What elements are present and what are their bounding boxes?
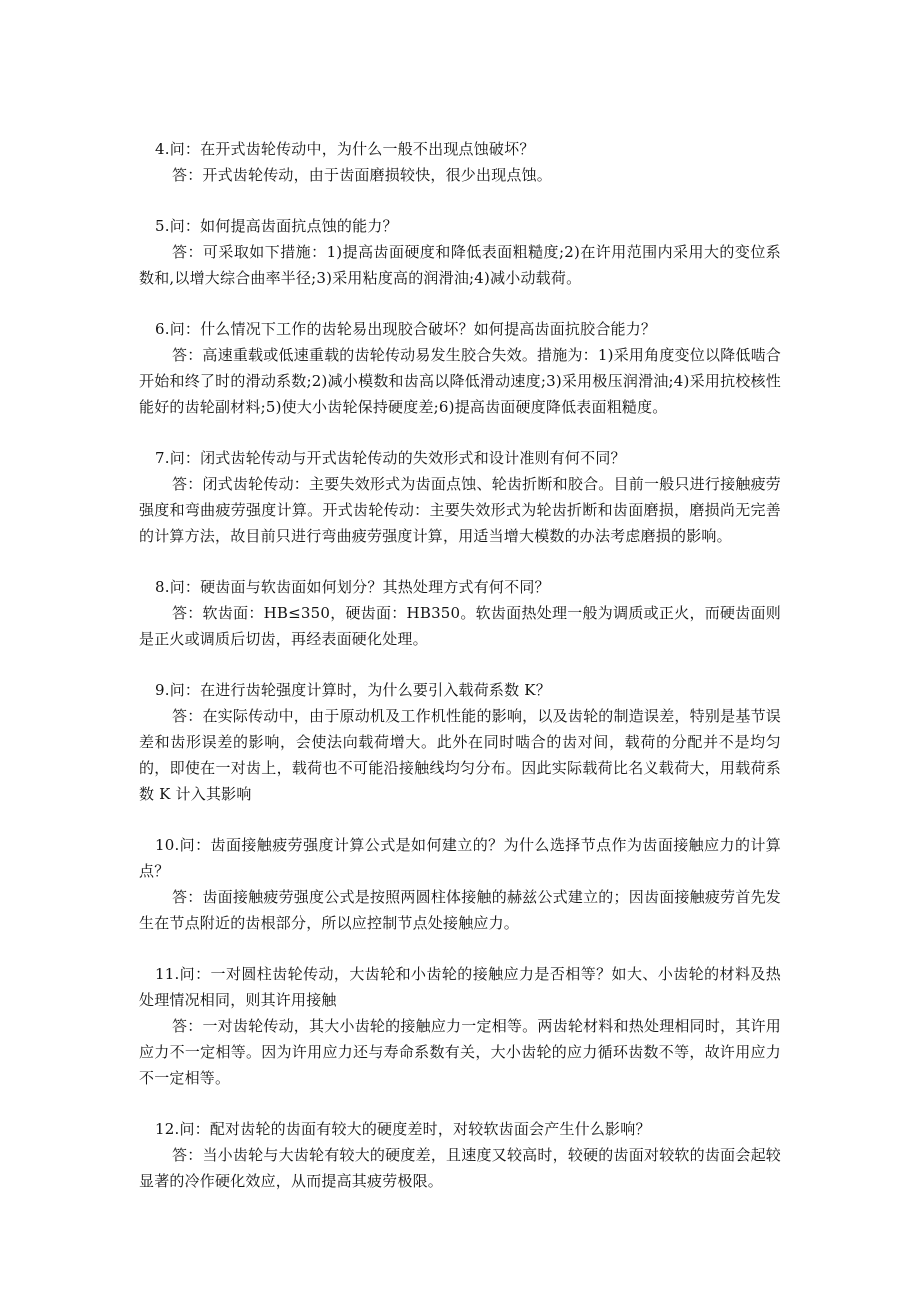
qa-item-9: 9.问：在进行齿轮强度计算时，为什么要引入载荷系数 K？ 答：在实际传动中，由于… <box>139 677 781 807</box>
question-text: 11.问：一对圆柱齿轮传动，大齿轮和小齿轮的接触应力是否相等？如大、小齿轮的材料… <box>139 961 781 1013</box>
document-page: 4.问：在开式齿轮传动中，为什么一般不出现点蚀破坏？ 答：开式齿轮传动，由于齿面… <box>139 136 781 1219</box>
qa-item-11: 11.问：一对圆柱齿轮传动，大齿轮和小齿轮的接触应力是否相等？如大、小齿轮的材料… <box>139 961 781 1091</box>
answer-text: 答：当小齿轮与大齿轮有较大的硬度差，且速度又较高时，较硬的齿面对较软的齿面会起较… <box>139 1142 781 1194</box>
answer-text: 答：在实际传动中，由于原动机及工作机性能的影响，以及齿轮的制造误差，特别是基节误… <box>139 703 781 807</box>
question-text: 8.问：硬齿面与软齿面如何划分？其热处理方式有何不同？ <box>139 574 781 600</box>
question-text: 4.问：在开式齿轮传动中，为什么一般不出现点蚀破坏？ <box>139 136 781 162</box>
answer-text: 答：齿面接触疲劳强度公式是按照两圆柱体接触的赫兹公式建立的；因齿面接触疲劳首先发… <box>139 884 781 936</box>
qa-item-5: 5.问：如何提高齿面抗点蚀的能力？ 答：可采取如下措施：1)提高齿面硬度和降低表… <box>139 213 781 291</box>
qa-item-12: 12.问：配对齿轮的齿面有较大的硬度差时，对较软齿面会产生什么影响？ 答：当小齿… <box>139 1116 781 1194</box>
question-text: 10.问：齿面接触疲劳强度计算公式是如何建立的？为什么选择节点作为齿面接触应力的… <box>139 832 781 884</box>
qa-item-6: 6.问：什么情况下工作的齿轮易出现胶合破坏？如何提高齿面抗胶合能力？ 答：高速重… <box>139 316 781 420</box>
answer-text: 答：高速重载或低速重载的齿轮传动易发生胶合失效。措施为：1)采用角度变位以降低啮… <box>139 342 781 420</box>
answer-text: 答：开式齿轮传动，由于齿面磨损较快，很少出现点蚀。 <box>139 162 781 188</box>
question-text: 12.问：配对齿轮的齿面有较大的硬度差时，对较软齿面会产生什么影响？ <box>139 1116 781 1142</box>
qa-item-8: 8.问：硬齿面与软齿面如何划分？其热处理方式有何不同？ 答：软齿面：HB≤350… <box>139 574 781 652</box>
question-text: 6.问：什么情况下工作的齿轮易出现胶合破坏？如何提高齿面抗胶合能力？ <box>139 316 781 342</box>
qa-item-10: 10.问：齿面接触疲劳强度计算公式是如何建立的？为什么选择节点作为齿面接触应力的… <box>139 832 781 936</box>
answer-text: 答：闭式齿轮传动：主要失效形式为齿面点蚀、轮齿折断和胶合。目前一般只进行接触疲劳… <box>139 471 781 549</box>
qa-item-7: 7.问：闭式齿轮传动与开式齿轮传动的失效形式和设计准则有何不同？ 答：闭式齿轮传… <box>139 445 781 549</box>
answer-text: 答：软齿面：HB≤350，硬齿面：HB350。软齿面热处理一般为调质或正火，而硬… <box>139 600 781 652</box>
question-text: 5.问：如何提高齿面抗点蚀的能力？ <box>139 213 781 239</box>
question-text: 9.问：在进行齿轮强度计算时，为什么要引入载荷系数 K？ <box>139 677 781 703</box>
question-text: 7.问：闭式齿轮传动与开式齿轮传动的失效形式和设计准则有何不同？ <box>139 445 781 471</box>
answer-text: 答：可采取如下措施：1)提高齿面硬度和降低表面粗糙度;2)在许用范围内采用大的变… <box>139 239 781 291</box>
qa-item-4: 4.问：在开式齿轮传动中，为什么一般不出现点蚀破坏？ 答：开式齿轮传动，由于齿面… <box>139 136 781 188</box>
answer-text: 答：一对齿轮传动，其大小齿轮的接触应力一定相等。两齿轮材料和热处理相同时，其许用… <box>139 1013 781 1091</box>
